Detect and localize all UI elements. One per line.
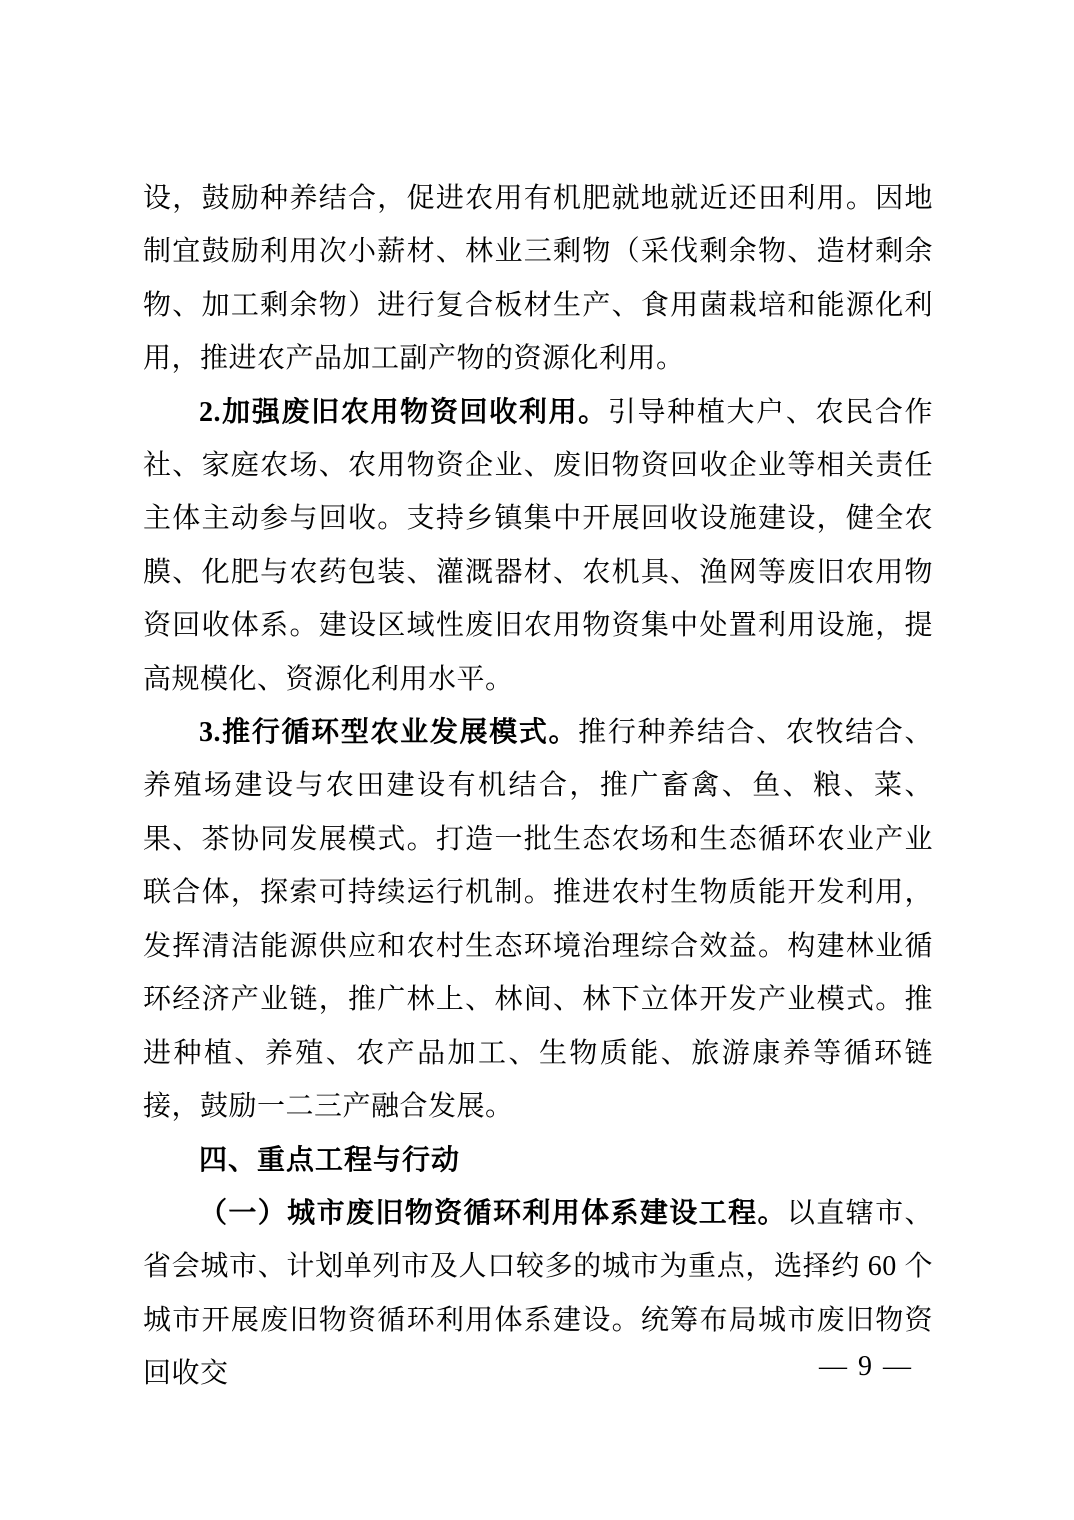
document-page: 设，鼓励种养结合，促进农用有机肥就地就近还田利用。因地制宜鼓励利用次小薪材、林业… [0,0,1074,1520]
paragraph-item-3: 3.推行循环型农业发展模式。推行种养结合、农牧结合、养殖场建设与农田建设有机结合… [143,706,933,1133]
paragraph-continuation: 设，鼓励种养结合，促进农用有机肥就地就近还田利用。因地制宜鼓励利用次小薪材、林业… [143,172,933,386]
paragraph-project-1: （一）城市废旧物资循环利用体系建设工程。以直辖市、省会城市、计划单列市及人口较多… [143,1187,933,1401]
paragraph-lead: （一）城市废旧物资循环利用体系建设工程。 [199,1198,787,1229]
paragraph-lead: 3.推行循环型农业发展模式。 [199,717,578,748]
paragraph-text: 引导种植大户、农民合作社、家庭农场、农用物资企业、废旧物资回收企业等相关责任主体… [143,397,933,695]
paragraph-text: 设，鼓励种养结合，促进农用有机肥就地就近还田利用。因地制宜鼓励利用次小薪材、林业… [143,183,933,374]
section-heading: 四、重点工程与行动 [143,1133,933,1186]
document-body: 设，鼓励种养结合，促进农用有机肥就地就近还田利用。因地制宜鼓励利用次小薪材、林业… [143,172,933,1400]
paragraph-item-2: 2.加强废旧农用物资回收利用。引导种植大户、农民合作社、家庭农场、农用物资企业、… [143,386,933,706]
paragraph-lead: 2.加强废旧农用物资回收利用。 [199,397,608,428]
paragraph-text: 推行种养结合、农牧结合、养殖场建设与农田建设有机结合，推广畜禽、鱼、粮、菜、果、… [143,717,933,1122]
page-number: — 9 — [819,1350,913,1384]
